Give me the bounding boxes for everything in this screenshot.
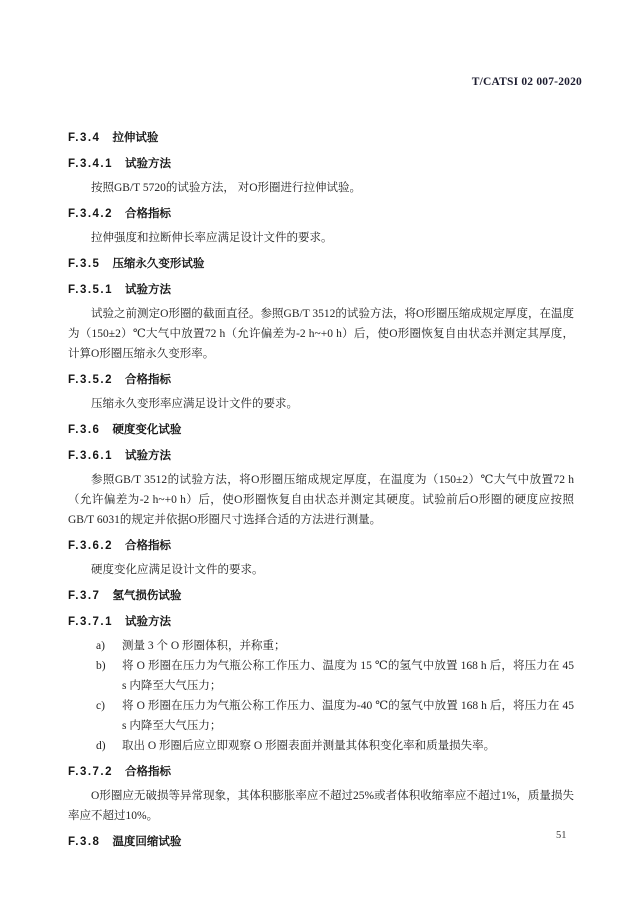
list-item-text: 测量 3 个 O 形圈体积，并称重； <box>122 636 574 656</box>
section-number: F.3.7.1 <box>68 616 113 628</box>
section-title: 温度回缩试验 <box>112 836 181 848</box>
list-item-text: 将 O 形圈在压力为气瓶公称工作压力、温度为-40 ℃的氢气中放置 168 h … <box>122 696 574 736</box>
section-number: F.3.4 <box>68 132 100 144</box>
section-heading: F.3.6.1试验方法 <box>68 446 574 466</box>
section-heading: F.3.5压缩永久变形试验 <box>68 254 574 274</box>
section-title: 合格指标 <box>125 540 171 552</box>
section-heading: F.3.6硬度变化试验 <box>68 420 574 440</box>
section-number: F.3.5 <box>68 258 100 270</box>
paragraph: 按照GB/T 5720的试验方法， 对O形圈进行拉伸试验。 <box>68 178 574 198</box>
section-title: 氢气损伤试验 <box>112 590 181 602</box>
section-heading: F.3.6.2合格指标 <box>68 536 574 556</box>
section-heading: F.3.4.1试验方法 <box>68 154 574 174</box>
paragraph: 硬度变化应满足设计文件的要求。 <box>68 560 574 580</box>
document-header-code: T/CATSI 02 007-2020 <box>472 76 582 88</box>
list-item-label: d) <box>96 736 122 756</box>
list-item: a)测量 3 个 O 形圈体积，并称重； <box>96 636 574 656</box>
section-number: F.3.5.2 <box>68 374 113 386</box>
section-heading: F.3.4.2合格指标 <box>68 204 574 224</box>
section-number: F.3.7 <box>68 590 100 602</box>
section-heading: F.3.5.2合格指标 <box>68 370 574 390</box>
section-title: 合格指标 <box>125 208 171 220</box>
list-item: c)将 O 形圈在压力为气瓶公称工作压力、温度为-40 ℃的氢气中放置 168 … <box>96 696 574 736</box>
document-body: F.3.4拉伸试验F.3.4.1试验方法按照GB/T 5720的试验方法， 对O… <box>68 128 574 852</box>
section-title: 试验方法 <box>125 284 171 296</box>
ordered-list: a)测量 3 个 O 形圈体积，并称重；b)将 O 形圈在压力为气瓶公称工作压力… <box>68 636 574 756</box>
section-heading: F.3.7.1试验方法 <box>68 612 574 632</box>
paragraph: O形圈应无破损等异常现象，其体积膨胀率应不超过25%或者体积收缩率应不超过1%，… <box>68 786 574 826</box>
section-title: 合格指标 <box>125 766 171 778</box>
list-item-label: a) <box>96 636 122 656</box>
paragraph: 拉伸强度和拉断伸长率应满足设计文件的要求。 <box>68 228 574 248</box>
section-heading: F.3.7氢气损伤试验 <box>68 586 574 606</box>
page-number: 51 <box>556 830 567 841</box>
section-number: F.3.6.2 <box>68 540 113 552</box>
section-title: 硬度变化试验 <box>112 424 181 436</box>
section-title: 试验方法 <box>125 616 171 628</box>
section-number: F.3.4.2 <box>68 208 113 220</box>
section-heading: F.3.5.1试验方法 <box>68 280 574 300</box>
list-item: b)将 O 形圈在压力为气瓶公称工作压力、温度为 15 ℃的氢气中放置 168 … <box>96 656 574 696</box>
section-number: F.3.6 <box>68 424 100 436</box>
paragraph: 参照GB/T 3512的试验方法，将O形圈压缩成规定厚度，在温度为（150±2）… <box>68 470 574 530</box>
section-title: 压缩永久变形试验 <box>112 258 204 270</box>
section-title: 拉伸试验 <box>112 132 158 144</box>
section-number: F.3.5.1 <box>68 284 113 296</box>
section-title: 试验方法 <box>125 158 171 170</box>
section-number: F.3.8 <box>68 836 100 848</box>
list-item: d)取出 O 形圈后应立即观察 O 形圈表面并测量其体积变化率和质量损失率。 <box>96 736 574 756</box>
list-item-label: c) <box>96 696 122 736</box>
list-item-text: 将 O 形圈在压力为气瓶公称工作压力、温度为 15 ℃的氢气中放置 168 h … <box>122 656 574 696</box>
section-title: 试验方法 <box>125 450 171 462</box>
section-heading: F.3.7.2合格指标 <box>68 762 574 782</box>
document-page: T/CATSI 02 007-2020 F.3.4拉伸试验F.3.4.1试验方法… <box>0 0 640 906</box>
paragraph: 压缩永久变形率应满足设计文件的要求。 <box>68 394 574 414</box>
section-number: F.3.7.2 <box>68 766 113 778</box>
section-heading: F.3.8温度回缩试验 <box>68 832 574 852</box>
list-item-text: 取出 O 形圈后应立即观察 O 形圈表面并测量其体积变化率和质量损失率。 <box>122 736 574 756</box>
section-number: F.3.4.1 <box>68 158 113 170</box>
list-item-label: b) <box>96 656 122 696</box>
section-heading: F.3.4拉伸试验 <box>68 128 574 148</box>
section-number: F.3.6.1 <box>68 450 113 462</box>
paragraph: 试验之前测定O形圈的截面直径。参照GB/T 3512的试验方法，将O形圈压缩成规… <box>68 304 574 364</box>
section-title: 合格指标 <box>125 374 171 386</box>
